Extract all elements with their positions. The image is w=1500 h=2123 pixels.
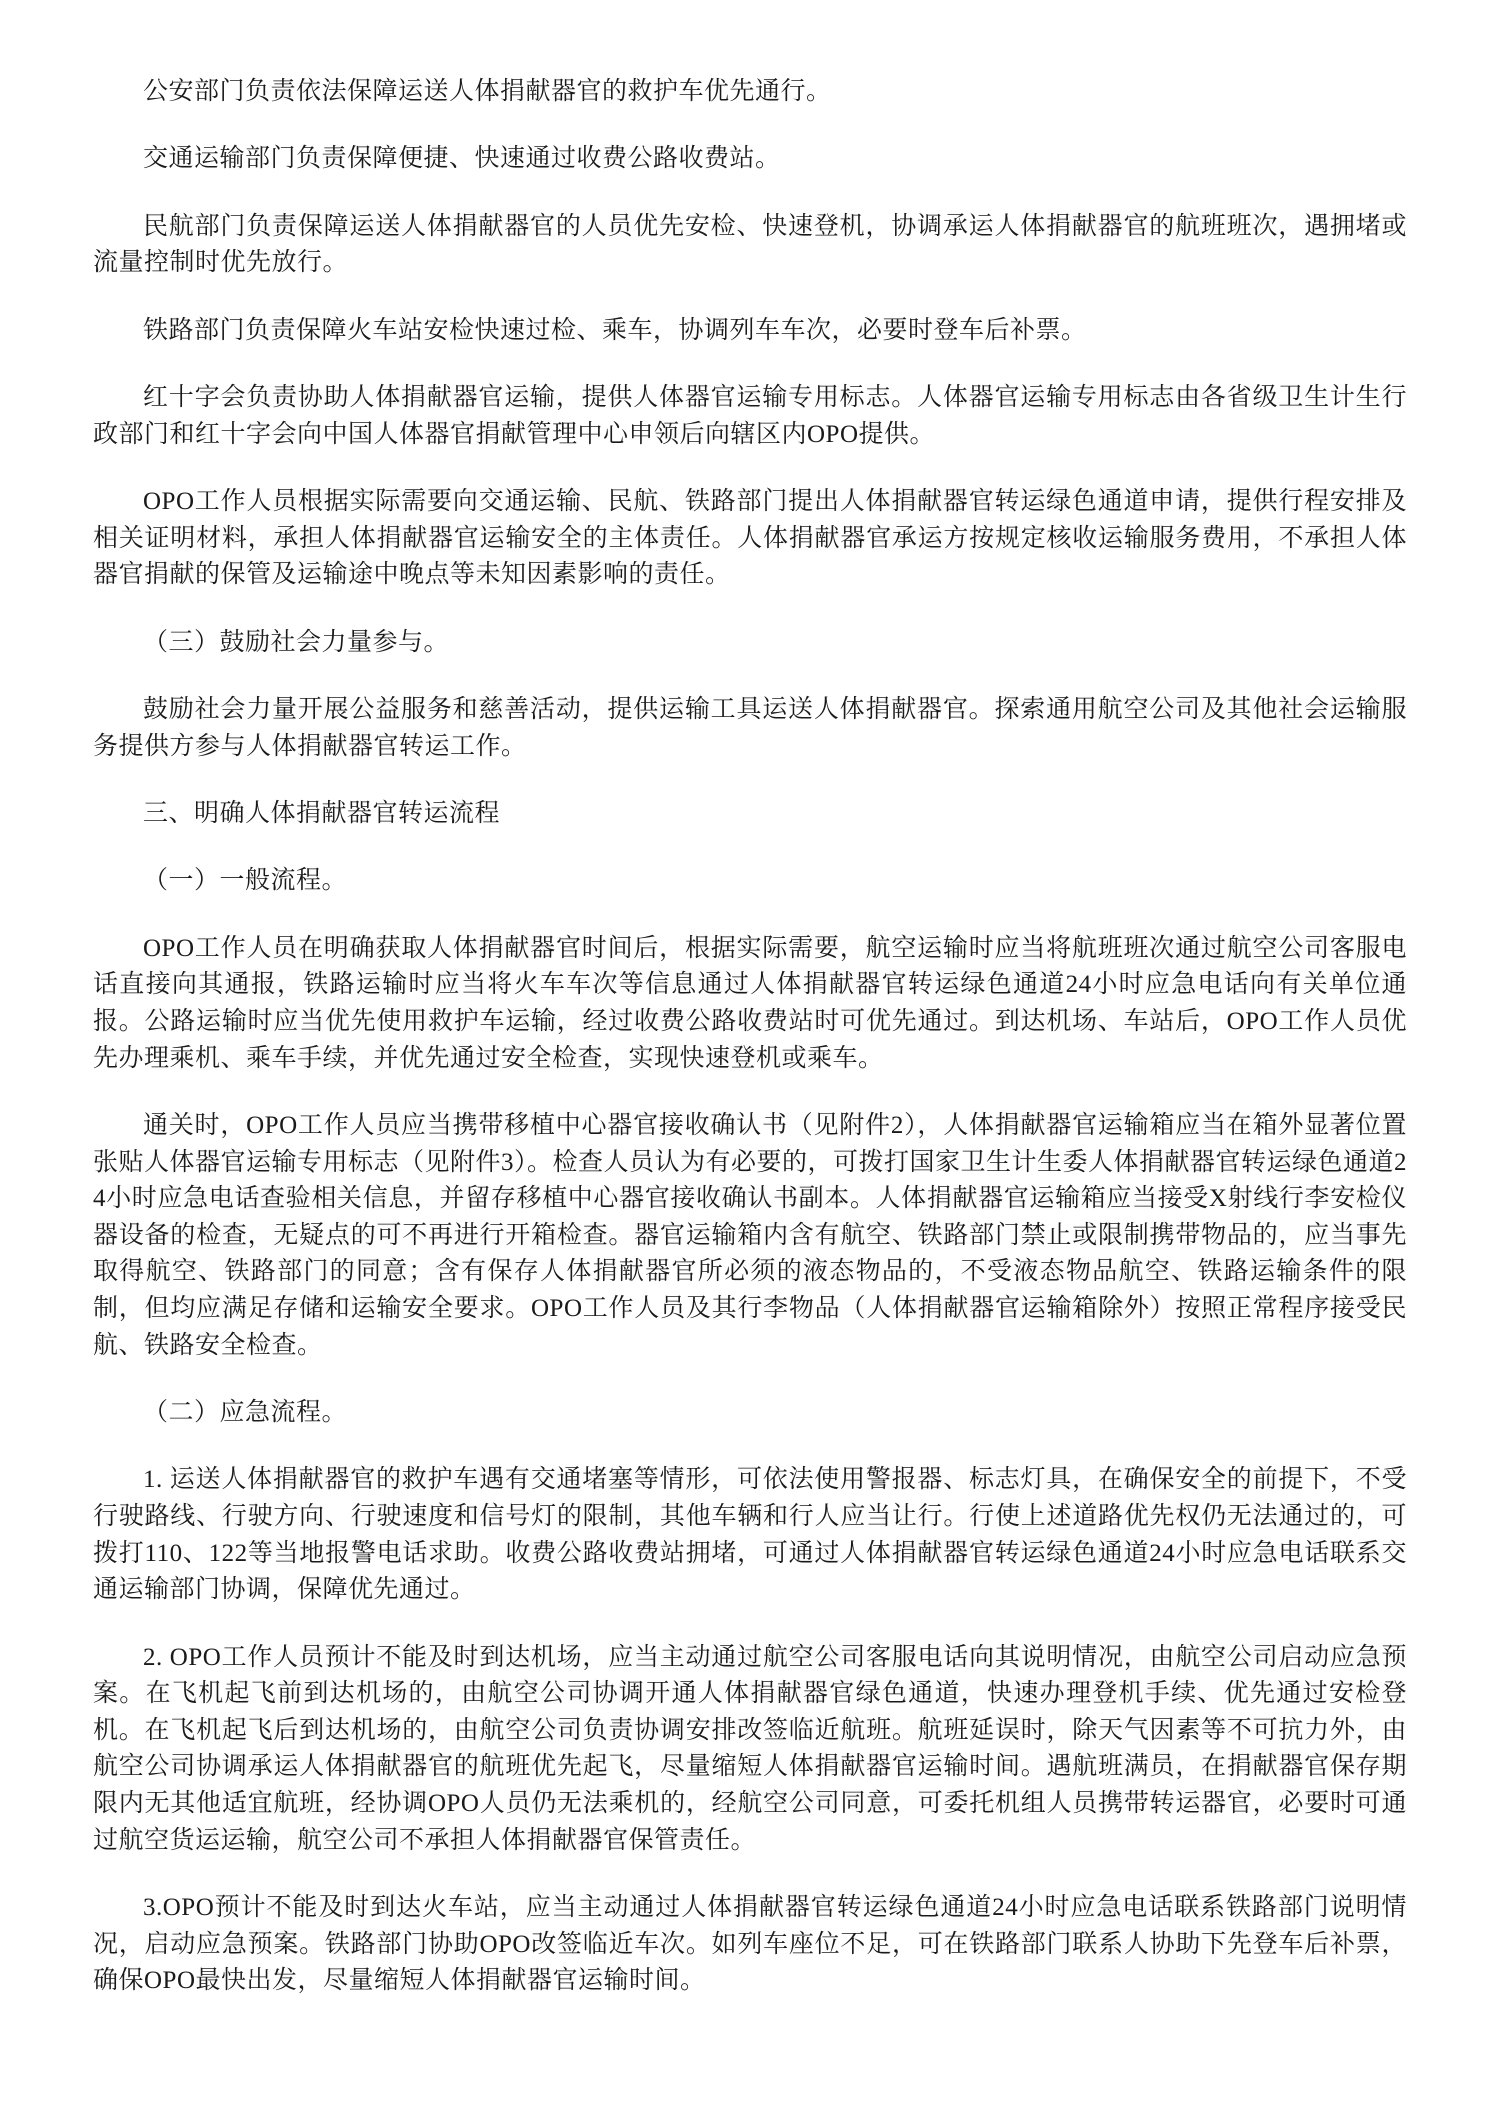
paragraph: 民航部门负责保障运送人体捐献器官的人员优先安检、快速登机，协调承运人体捐献器官的… [93,209,1407,282]
document-page: 公安部门负责依法保障运送人体捐献器官的救护车优先通行。交通运输部门负责保障便捷、… [0,0,1500,2123]
paragraph: 3.OPO预计不能及时到达火车站，应当主动通过人体捐献器官转运绿色通道24小时应… [93,1890,1407,2000]
paragraph: 公安部门负责依法保障运送人体捐献器官的救护车优先通行。 [93,74,1407,111]
paragraph: OPO工作人员根据实际需要向交通运输、民航、铁路部门提出人体捐献器官转运绿色通道… [93,484,1407,594]
paragraph: 交通运输部门负责保障便捷、快速通过收费公路收费站。 [93,141,1407,178]
paragraph: OPO工作人员在明确获取人体捐献器官时间后，根据实际需要，航空运输时应当将航班班… [93,931,1407,1077]
document-body: 公安部门负责依法保障运送人体捐献器官的救护车优先通行。交通运输部门负责保障便捷、… [93,74,1407,2000]
paragraph: 鼓励社会力量开展公益服务和慈善活动，提供运输工具运送人体捐献器官。探索通用航空公… [93,692,1407,765]
subsection-heading: （二）应急流程。 [93,1395,1407,1432]
subsection-heading: （三）鼓励社会力量参与。 [93,625,1407,662]
paragraph: 红十字会负责协助人体捐献器官运输，提供人体器官运输专用标志。人体器官运输专用标志… [93,380,1407,453]
paragraph: 通关时，OPO工作人员应当携带移植中心器官接收确认书（见附件2），人体捐献器官运… [93,1108,1407,1364]
paragraph: 2. OPO工作人员预计不能及时到达机场，应当主动通过航空公司客服电话向其说明情… [93,1640,1407,1860]
paragraph: 1. 运送人体捐献器官的救护车遇有交通堵塞等情形，可依法使用警报器、标志灯具，在… [93,1462,1407,1608]
subsection-heading: （一）一般流程。 [93,863,1407,900]
paragraph: 铁路部门负责保障火车站安检快速过检、乘车，协调列车车次，必要时登车后补票。 [93,313,1407,350]
section-heading: 三、明确人体捐献器官转运流程 [93,796,1407,833]
